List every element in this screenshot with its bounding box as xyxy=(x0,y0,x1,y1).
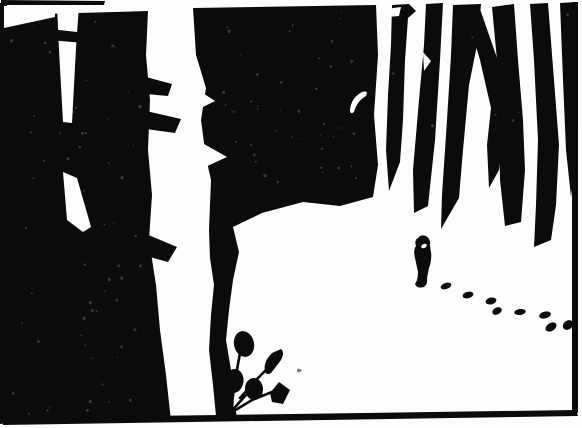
woodcut-illustration xyxy=(0,0,582,428)
illustration-canvas xyxy=(0,0,582,428)
left-tree-trunks xyxy=(6,11,171,421)
